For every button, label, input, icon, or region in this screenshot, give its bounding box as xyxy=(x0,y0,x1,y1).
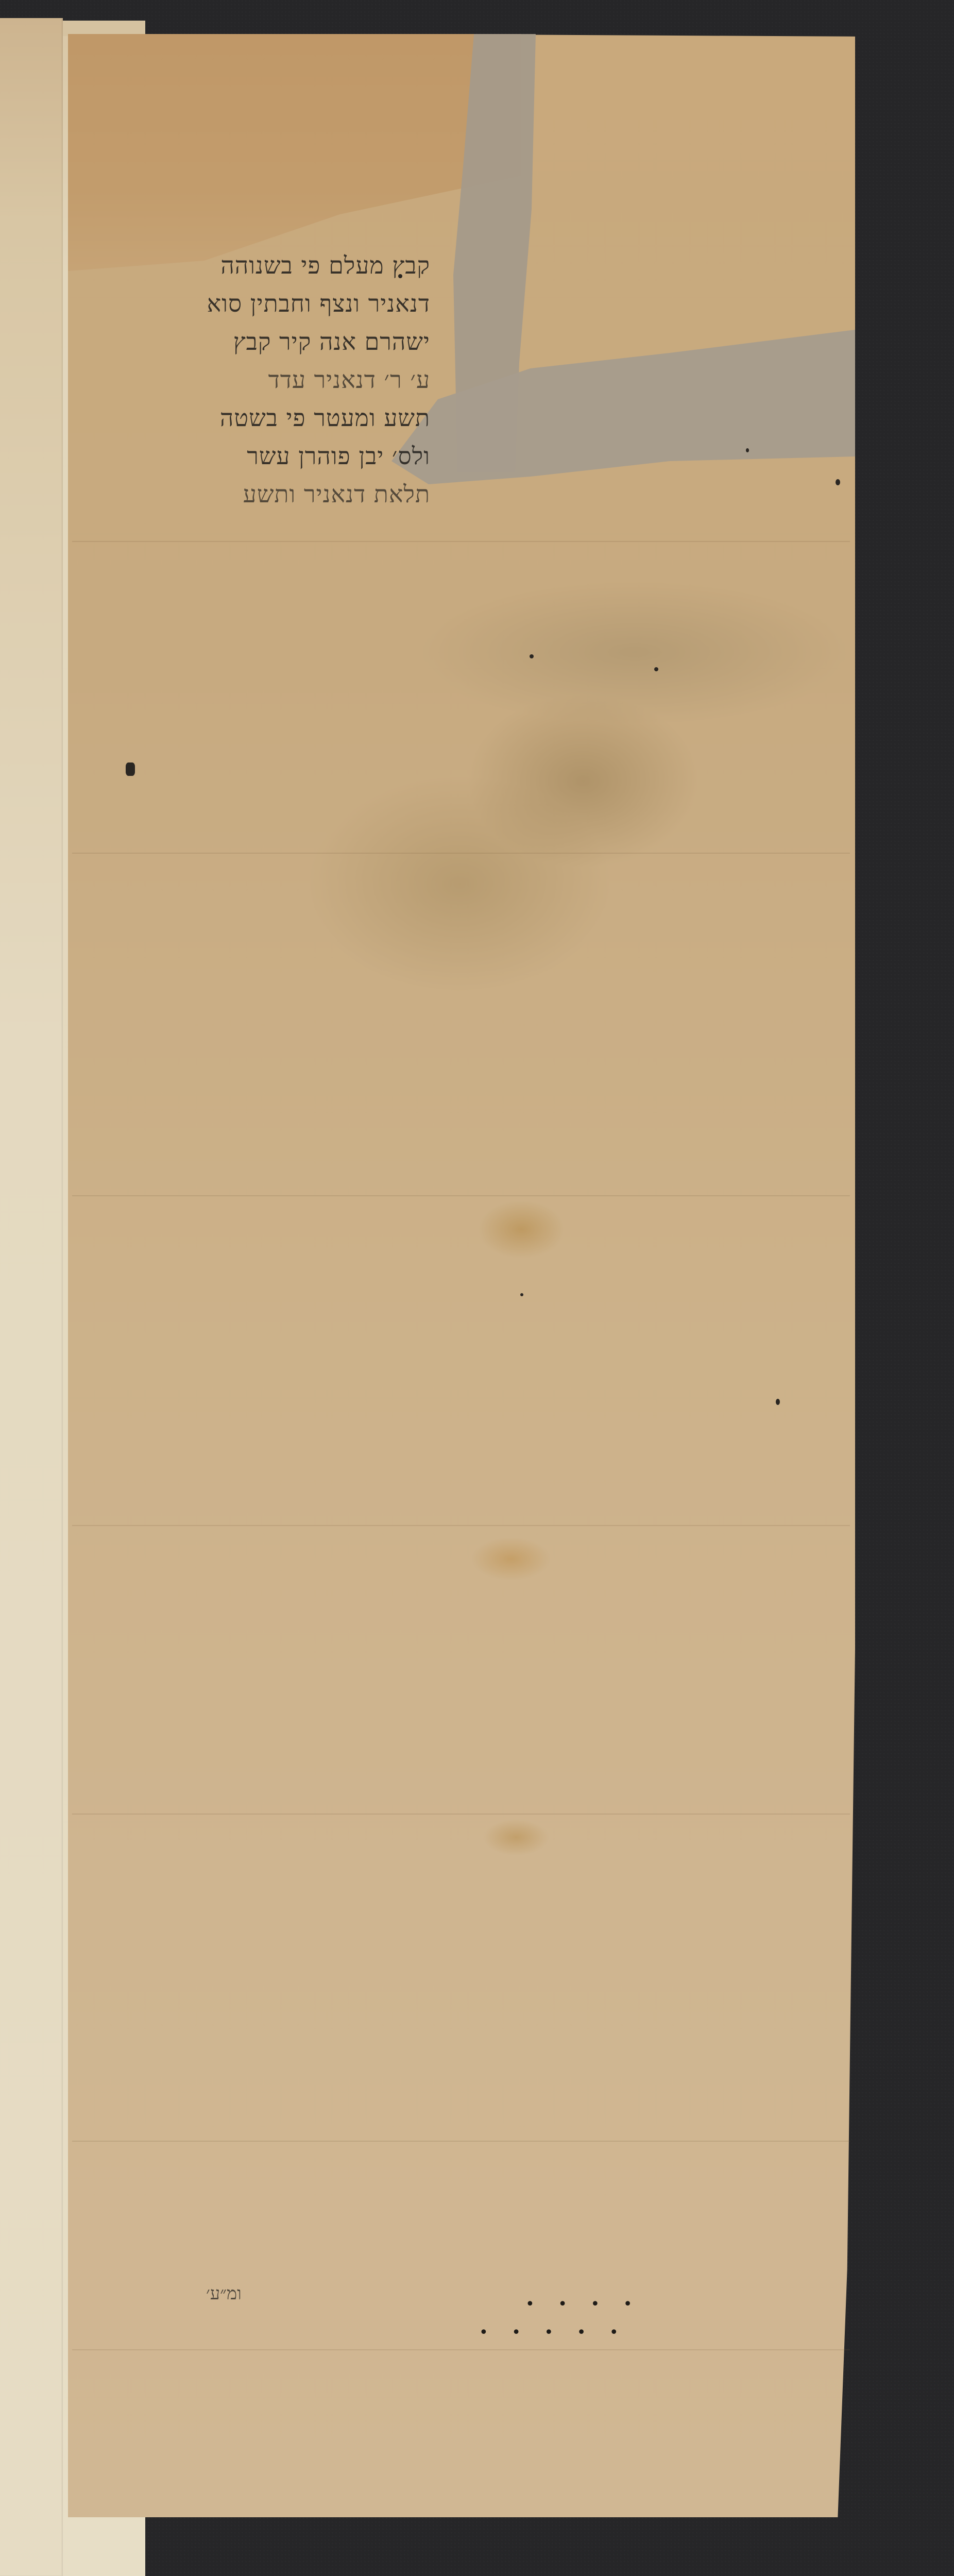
text-line-3: ישהרם אנה קיר קבץ xyxy=(100,323,430,361)
text-line-4: ע׳ ר׳ דנאניר עדד xyxy=(100,361,430,399)
fold-line xyxy=(72,1195,850,1196)
fold-line xyxy=(72,2141,850,2142)
ink-dot xyxy=(520,1293,523,1296)
paper-edge-repair xyxy=(63,21,145,36)
text-line-7: תלאת דנאניר ותשע xyxy=(100,475,430,513)
ink-dots-row: • • • • xyxy=(525,2295,641,2313)
ink-dots-row: • • • • • xyxy=(479,2324,628,2342)
text-line-6: ולס׳ יבן פוהרן עשר xyxy=(100,437,430,475)
ink-dot xyxy=(776,1399,780,1405)
fold-line xyxy=(72,541,850,542)
fold-line xyxy=(72,2349,850,2350)
fold-line xyxy=(72,1525,850,1526)
ink-dot xyxy=(836,479,840,485)
text-line-1: קבץ מעלם פי בשנוהה xyxy=(100,246,430,284)
text-line-5: תשע ומעטר פי בשטה xyxy=(100,399,430,437)
handwritten-text-block: קבץ מעלם פי בשנוהה דנאניר ונצף וחבתין סו… xyxy=(100,246,430,513)
ink-dot xyxy=(746,448,749,452)
ink-dot xyxy=(654,667,658,671)
fold-line xyxy=(72,1814,850,1815)
fold-line xyxy=(72,853,850,854)
text-line-2: דנאניר ונצף וחבתין סוא xyxy=(100,284,430,323)
bottom-annotation: ומ״ע׳ xyxy=(206,2283,242,2304)
mount-strip-left xyxy=(0,18,63,2576)
ink-blot xyxy=(126,762,135,776)
ink-dot xyxy=(530,654,534,658)
